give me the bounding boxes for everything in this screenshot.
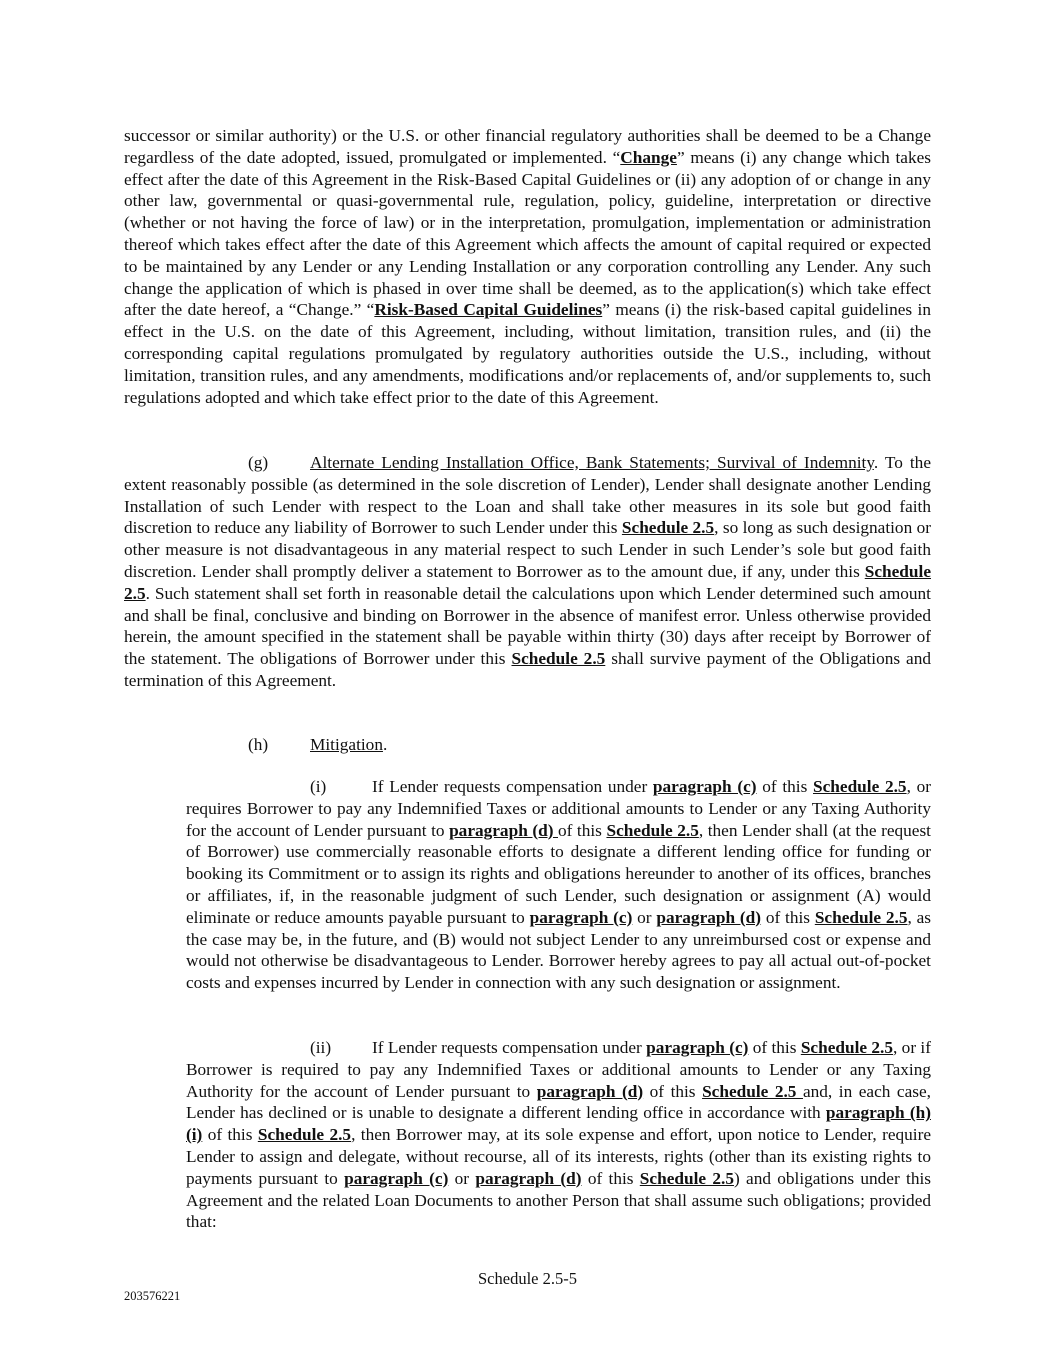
paragraph-change-definitions: successor or similar authority) or the U… (124, 125, 931, 408)
schedule-reference: Schedule 2.5 (702, 1082, 803, 1101)
paragraph-h-label: (h) (248, 734, 310, 756)
document-page: successor or similar authority) or the U… (0, 0, 1055, 1365)
schedule-reference: Schedule 2.5 (640, 1169, 734, 1188)
paragraph-h-ii-label: (ii) (310, 1037, 372, 1059)
paragraph-h-i: (i)If Lender requests compensation under… (186, 776, 931, 994)
paragraph-h-i-label: (i) (310, 776, 372, 798)
schedule-reference: Schedule 2.5 (813, 777, 907, 796)
schedule-reference: Schedule 2.5 (511, 649, 605, 668)
schedule-reference: Schedule 2.5 (815, 908, 908, 927)
paragraph-reference: paragraph (d) (656, 908, 761, 927)
schedule-reference: Schedule 2.5 (801, 1038, 893, 1057)
paragraph-h: (h)Mitigation. (248, 734, 931, 756)
schedule-reference: Schedule 2.5 (622, 518, 714, 537)
paragraph-reference: paragraph (d) (537, 1082, 643, 1101)
paragraph-g: (g)Alternate Lending Installation Office… (124, 452, 931, 692)
defined-term-change: Change (620, 148, 677, 167)
paragraph-reference: paragraph (c) (653, 777, 757, 796)
page-footer-label: Schedule 2.5-5 (0, 1269, 1055, 1289)
paragraph-h-ii: (ii)If Lender requests compensation unde… (186, 1037, 931, 1233)
paragraph-reference: paragraph (c) (646, 1038, 748, 1057)
schedule-reference: Schedule 2.5 (258, 1125, 351, 1144)
paragraph-reference: paragraph (c) (530, 908, 633, 927)
paragraph-reference: paragraph (d) (475, 1169, 581, 1188)
schedule-reference: Schedule 2.5 (606, 821, 698, 840)
paragraph-h-heading: Mitigation (310, 735, 383, 754)
defined-term-risk-based-capital-guidelines: Risk-Based Capital Guidelines (374, 300, 602, 319)
paragraph-reference: paragraph (d) (449, 821, 558, 840)
paragraph-reference: paragraph (c) (344, 1169, 448, 1188)
document-id: 203576221 (124, 1289, 180, 1304)
paragraph-g-label: (g) (248, 452, 310, 474)
paragraph-g-heading: Alternate Lending Installation Office, B… (310, 453, 874, 472)
